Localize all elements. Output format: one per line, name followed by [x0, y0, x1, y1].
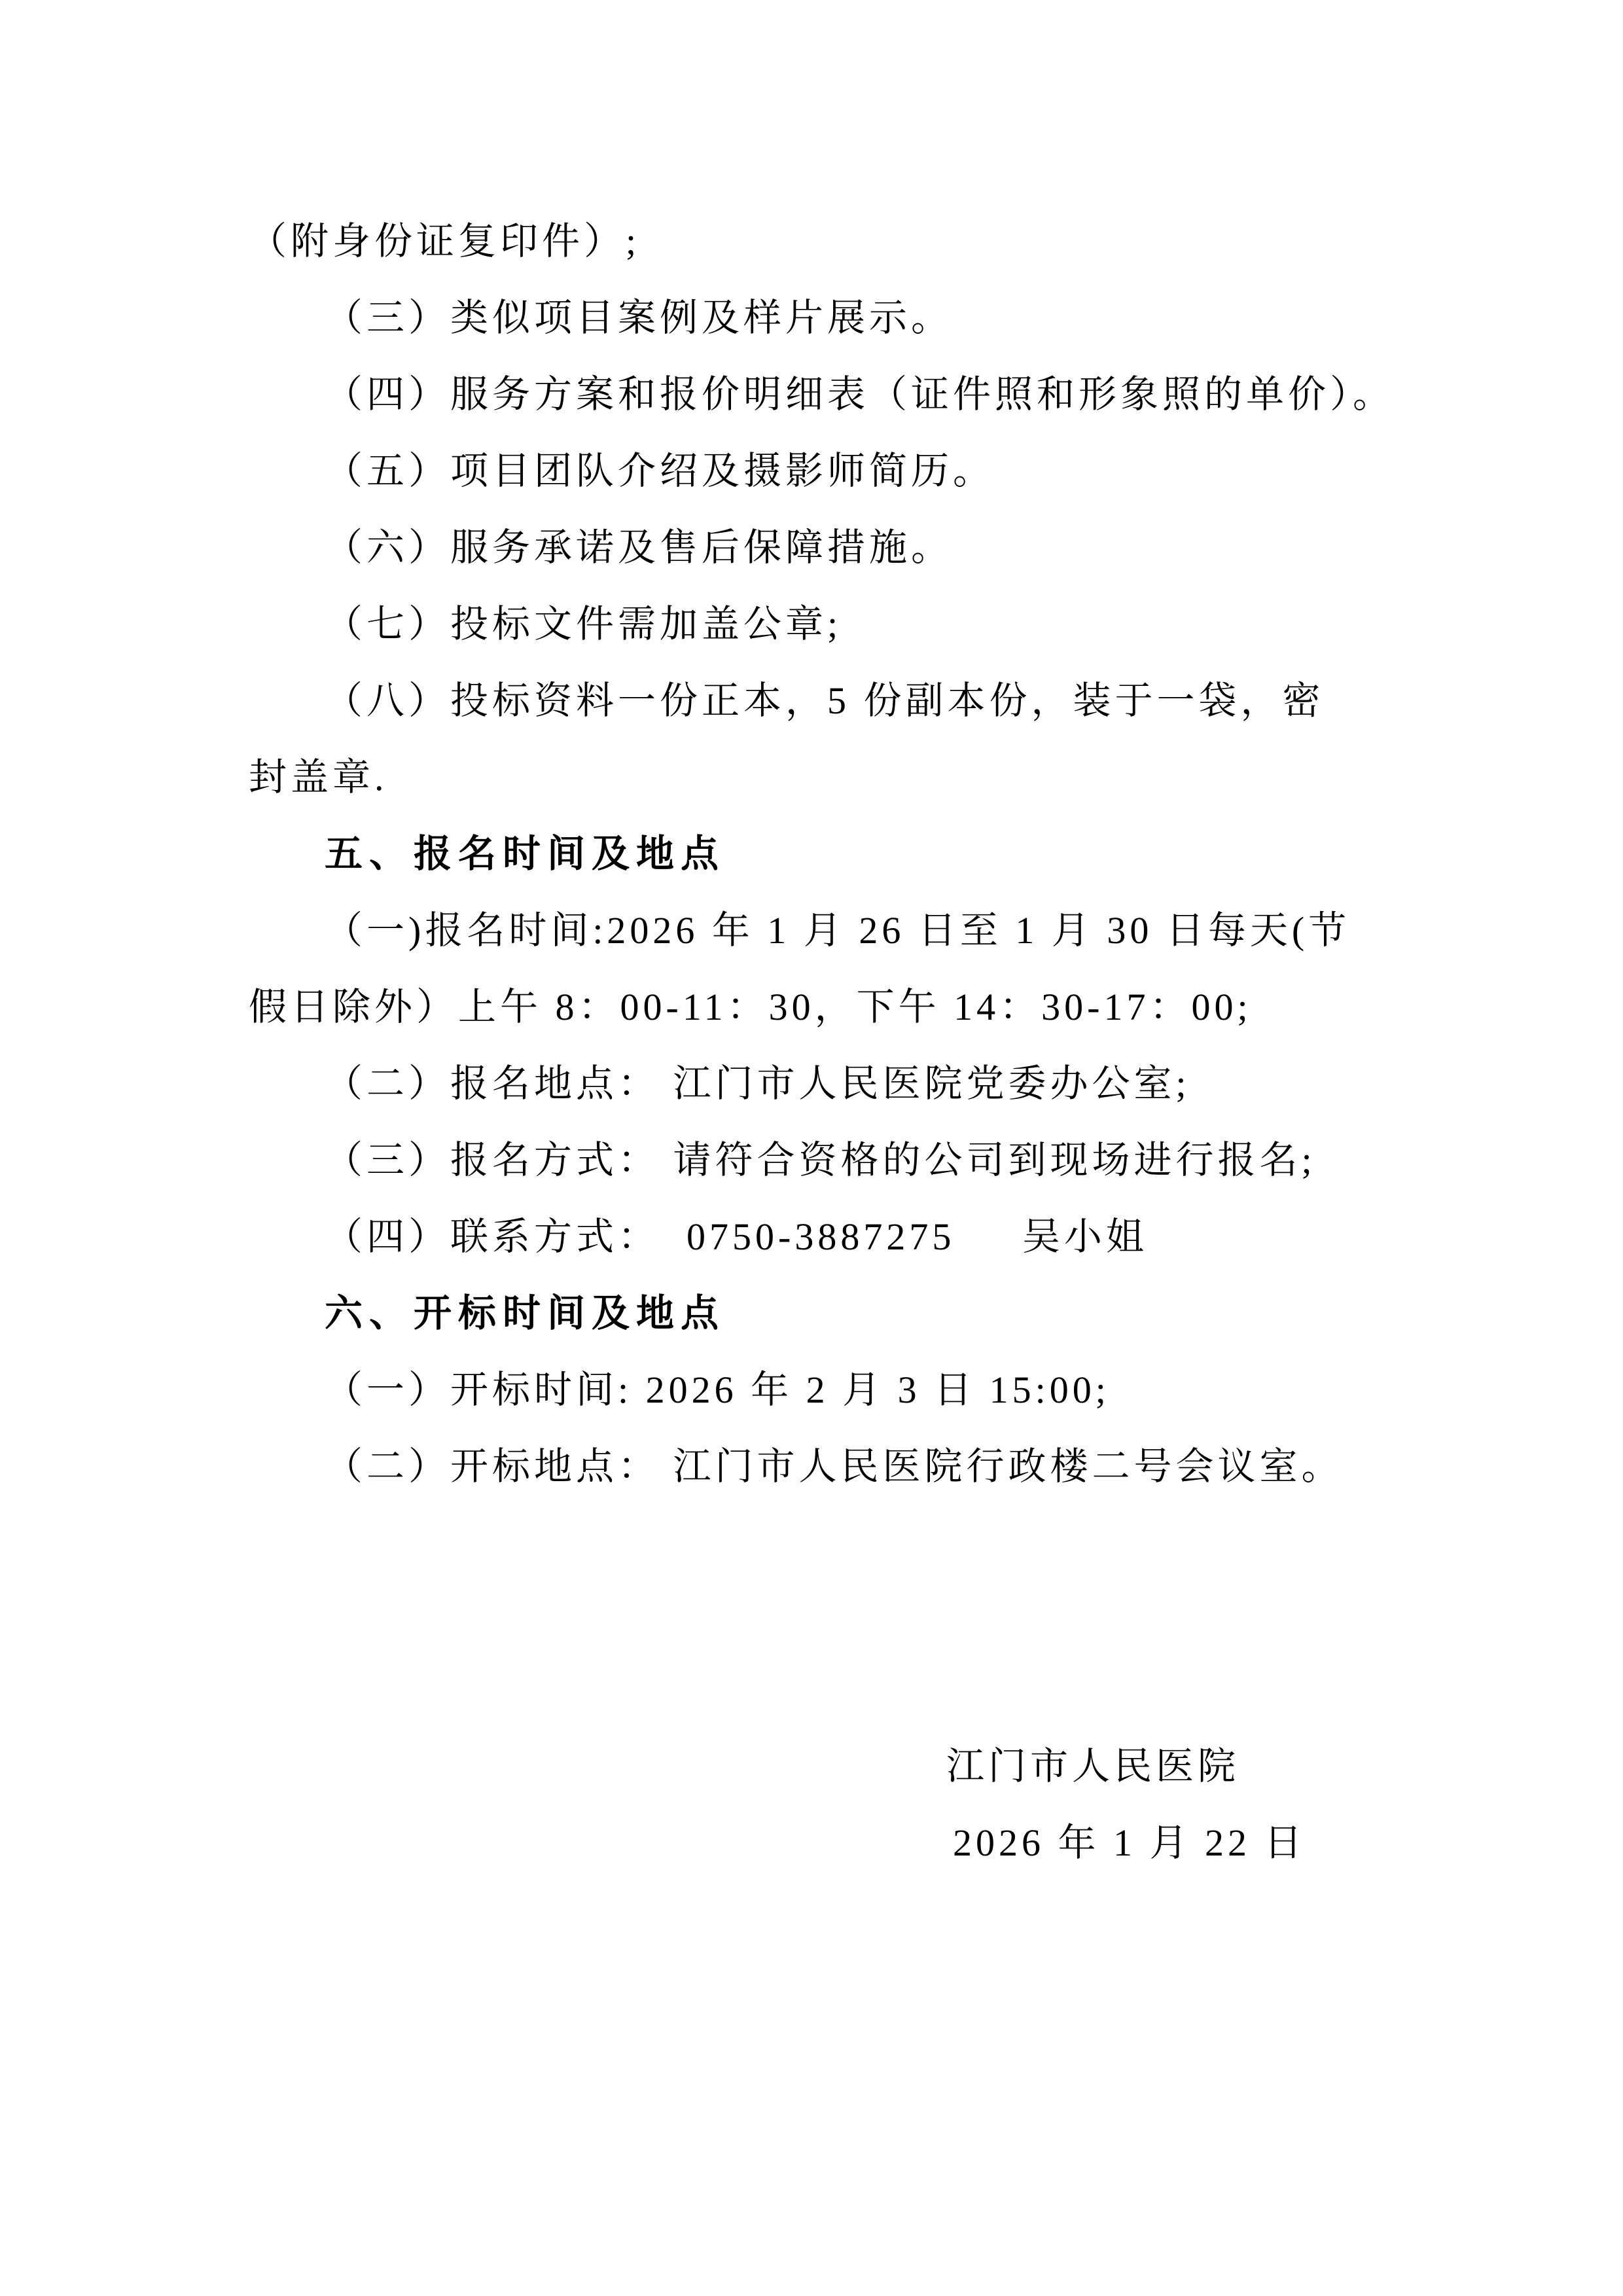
document-line: （二）报名地点： 江门市人民医院党委办公室; [249, 1045, 1402, 1122]
document-line: （四）服务方案和报价明细表（证件照和形象照的单价）。 [249, 356, 1402, 433]
document-line: （附身份证复印件）; [249, 203, 1402, 279]
document-line: （一）开标时间: 2026 年 2 月 3 日 15:00; [249, 1352, 1402, 1428]
document-line: （八）投标资料一份正本，5 份副本份，装于一袋，密 [249, 662, 1402, 739]
section-heading-5: 五、报名时间及地点 [249, 816, 1402, 892]
document-line: （一)报名时间:2026 年 1 月 26 日至 1 月 30 日每天(节 [249, 892, 1402, 969]
document-line: （三）报名方式： 请符合资格的公司到现场进行报名; [249, 1122, 1402, 1198]
document-body: （附身份证复印件）; （三）类似项目案例及样片展示。 （四）服务方案和报价明细表… [249, 203, 1402, 1881]
signature-org-name: 江门市人民医院 [946, 1728, 1402, 1804]
signature-date: 2026 年 1 月 22 日 [953, 1804, 1402, 1881]
document-page: （附身份证复印件）; （三）类似项目案例及样片展示。 （四）服务方案和报价明细表… [0, 0, 1623, 2296]
document-line: （六）服务承诺及售后保障措施。 [249, 509, 1402, 586]
document-line: 假日除外）上午 8：00-11：30，下午 14：30-17：00; [249, 969, 1402, 1045]
signature-block: 江门市人民医院 2026 年 1 月 22 日 [249, 1728, 1402, 1881]
document-line: （三）类似项目案例及样片展示。 [249, 279, 1402, 356]
section-heading-6: 六、开标时间及地点 [249, 1275, 1402, 1352]
document-line: （四）联系方式： 0750-3887275 吴小姐 [249, 1198, 1402, 1275]
document-line: 封盖章. [249, 739, 1402, 816]
document-line: （七）投标文件需加盖公章; [249, 586, 1402, 662]
document-line: （二）开标地点： 江门市人民医院行政楼二号会议室。 [249, 1428, 1402, 1505]
document-line: （五）项目团队介绍及摄影师简历。 [249, 433, 1402, 509]
